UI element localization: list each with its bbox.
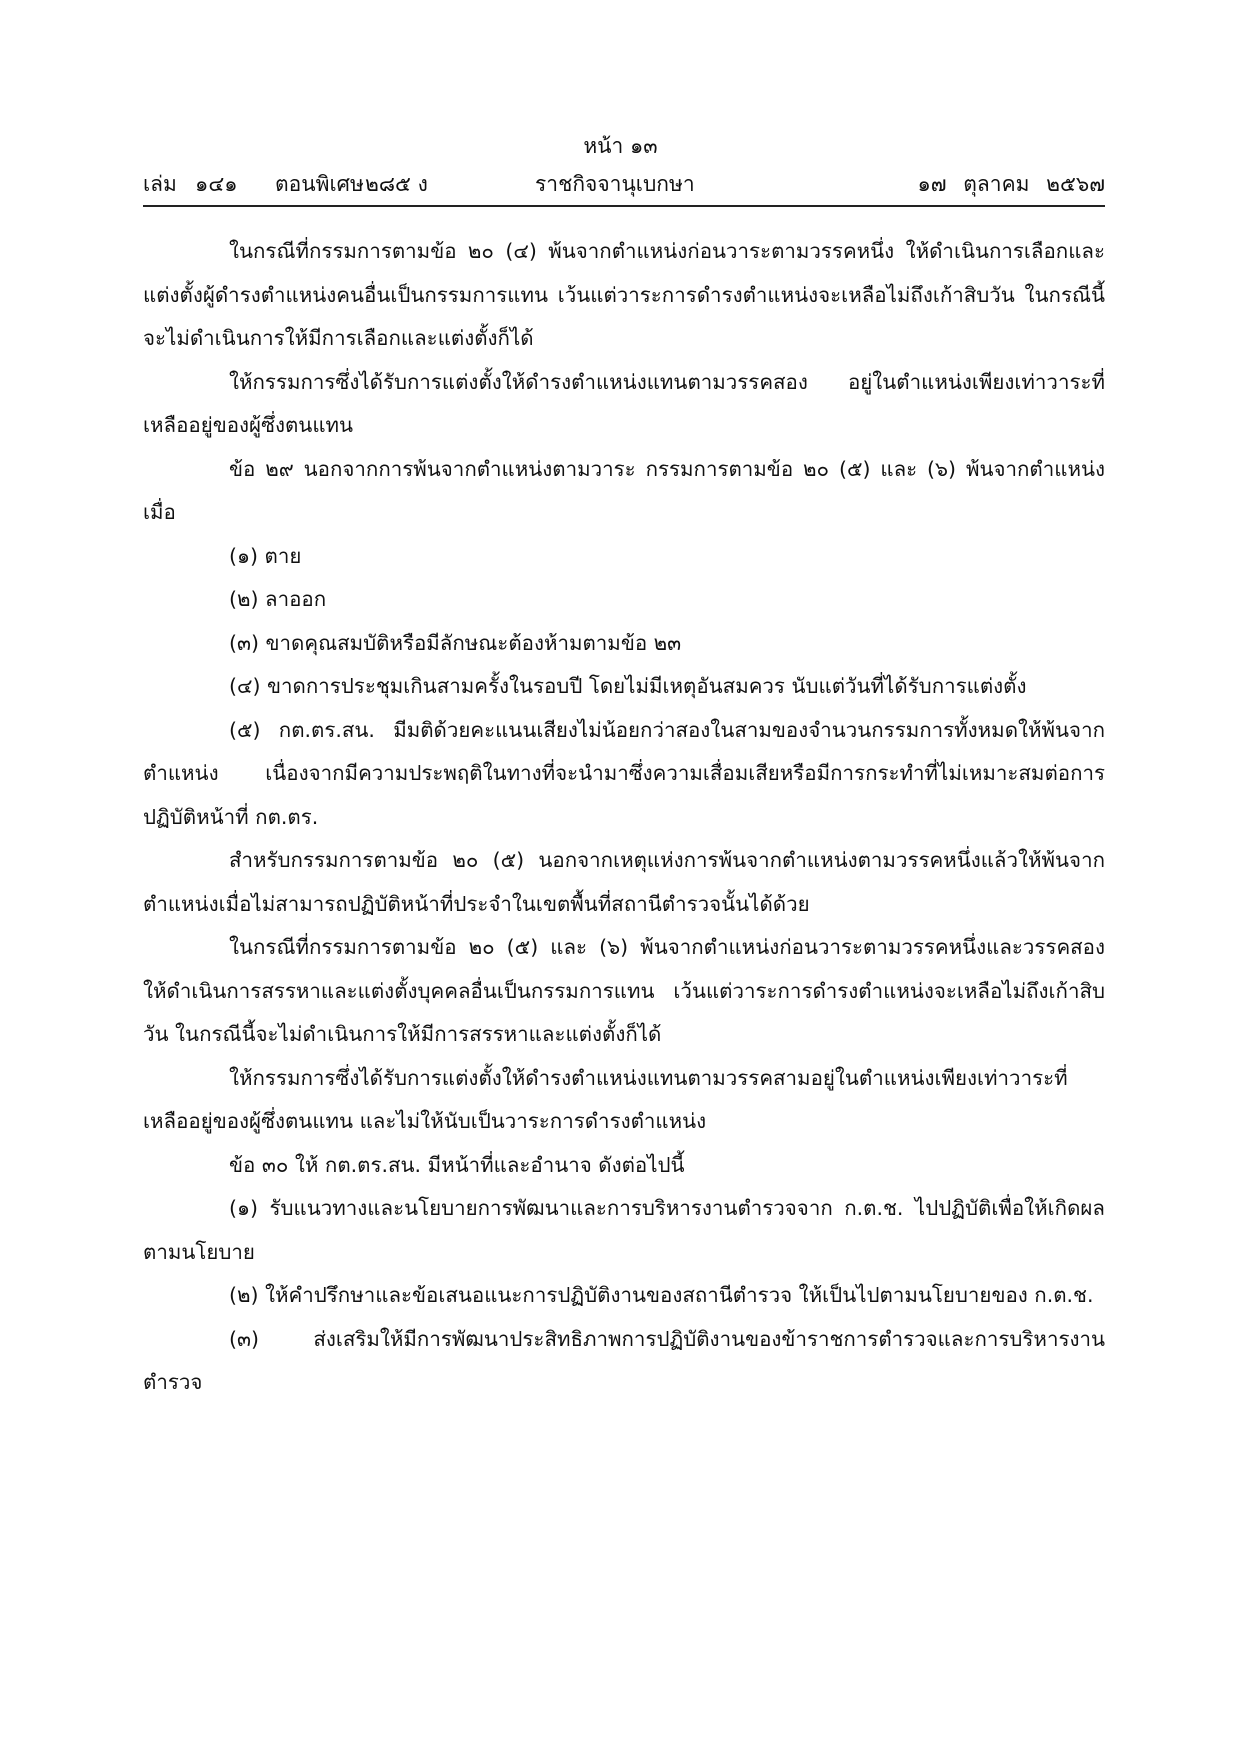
list-item: (๑) ตาย: [143, 535, 1105, 579]
list-item: (๔) ขาดการประชุมเกินสามครั้งในรอบปี โดยไ…: [143, 665, 1105, 709]
list-item: (๒) ลาออก: [143, 578, 1105, 622]
volume-number: ๑๔๑: [195, 168, 238, 201]
issue-number: ๒๘๕ ง: [365, 168, 428, 201]
list-item: (๕) กต.ตร.สน. มีมติด้วยคะแนนเสียงไม่น้อย…: [143, 709, 1105, 840]
document-body: ในกรณีที่กรรมการตามข้อ ๒๐ (๔) พ้นจากตำแห…: [143, 230, 1105, 1405]
clause-29: ข้อ ๒๙ นอกจากการพ้นจากตำแหน่งตามวาระ กรร…: [143, 448, 1105, 535]
paragraph: ในกรณีที่กรรมการตามข้อ ๒๐ (๕) และ (๖) พ้…: [143, 926, 1105, 1057]
paragraph: สำหรับกรรมการตามข้อ ๒๐ (๕) นอกจากเหตุแห่…: [143, 839, 1105, 926]
page-header: เล่ม ๑๔๑ ตอนพิเศษ ๒๘๕ ง ราชกิจจานุเบกษา …: [143, 168, 1105, 204]
list-item: (๓) ส่งเสริมให้มีการพัฒนาประสิทธิภาพการป…: [143, 1318, 1105, 1405]
list-item: (๑) รับแนวทางและนโยบายการพัฒนาและการบริห…: [143, 1187, 1105, 1274]
paragraph: ให้กรรมการซึ่งได้รับการแต่งตั้งให้ดำรงตำ…: [143, 361, 1105, 448]
paragraph: ในกรณีที่กรรมการตามข้อ ๒๐ (๔) พ้นจากตำแห…: [143, 230, 1105, 361]
list-item: (๓) ขาดคุณสมบัติหรือมีลักษณะต้องห้ามตามข…: [143, 622, 1105, 666]
header-divider: [143, 205, 1105, 207]
issue-label: ตอนพิเศษ: [275, 168, 364, 201]
list-item: (๒) ให้คำปรึกษาและข้อเสนอแนะการปฏิบัติงา…: [143, 1274, 1105, 1318]
page-number: หน้า ๑๓: [0, 130, 1241, 163]
clause-30: ข้อ ๓๐ ให้ กต.ตร.สน. มีหน้าที่และอำนาจ ด…: [143, 1144, 1105, 1188]
publication-date: ๑๗ ตุลาคม ๒๕๖๗: [917, 168, 1105, 201]
gazette-page: หน้า ๑๓ เล่ม ๑๔๑ ตอนพิเศษ ๒๘๕ ง ราชกิจจา…: [0, 0, 1241, 1754]
publication-title: ราชกิจจานุเบกษา: [535, 168, 695, 201]
paragraph: ให้กรรมการซึ่งได้รับการแต่งตั้งให้ดำรงตำ…: [143, 1057, 1105, 1144]
volume-label: เล่ม: [143, 168, 177, 201]
